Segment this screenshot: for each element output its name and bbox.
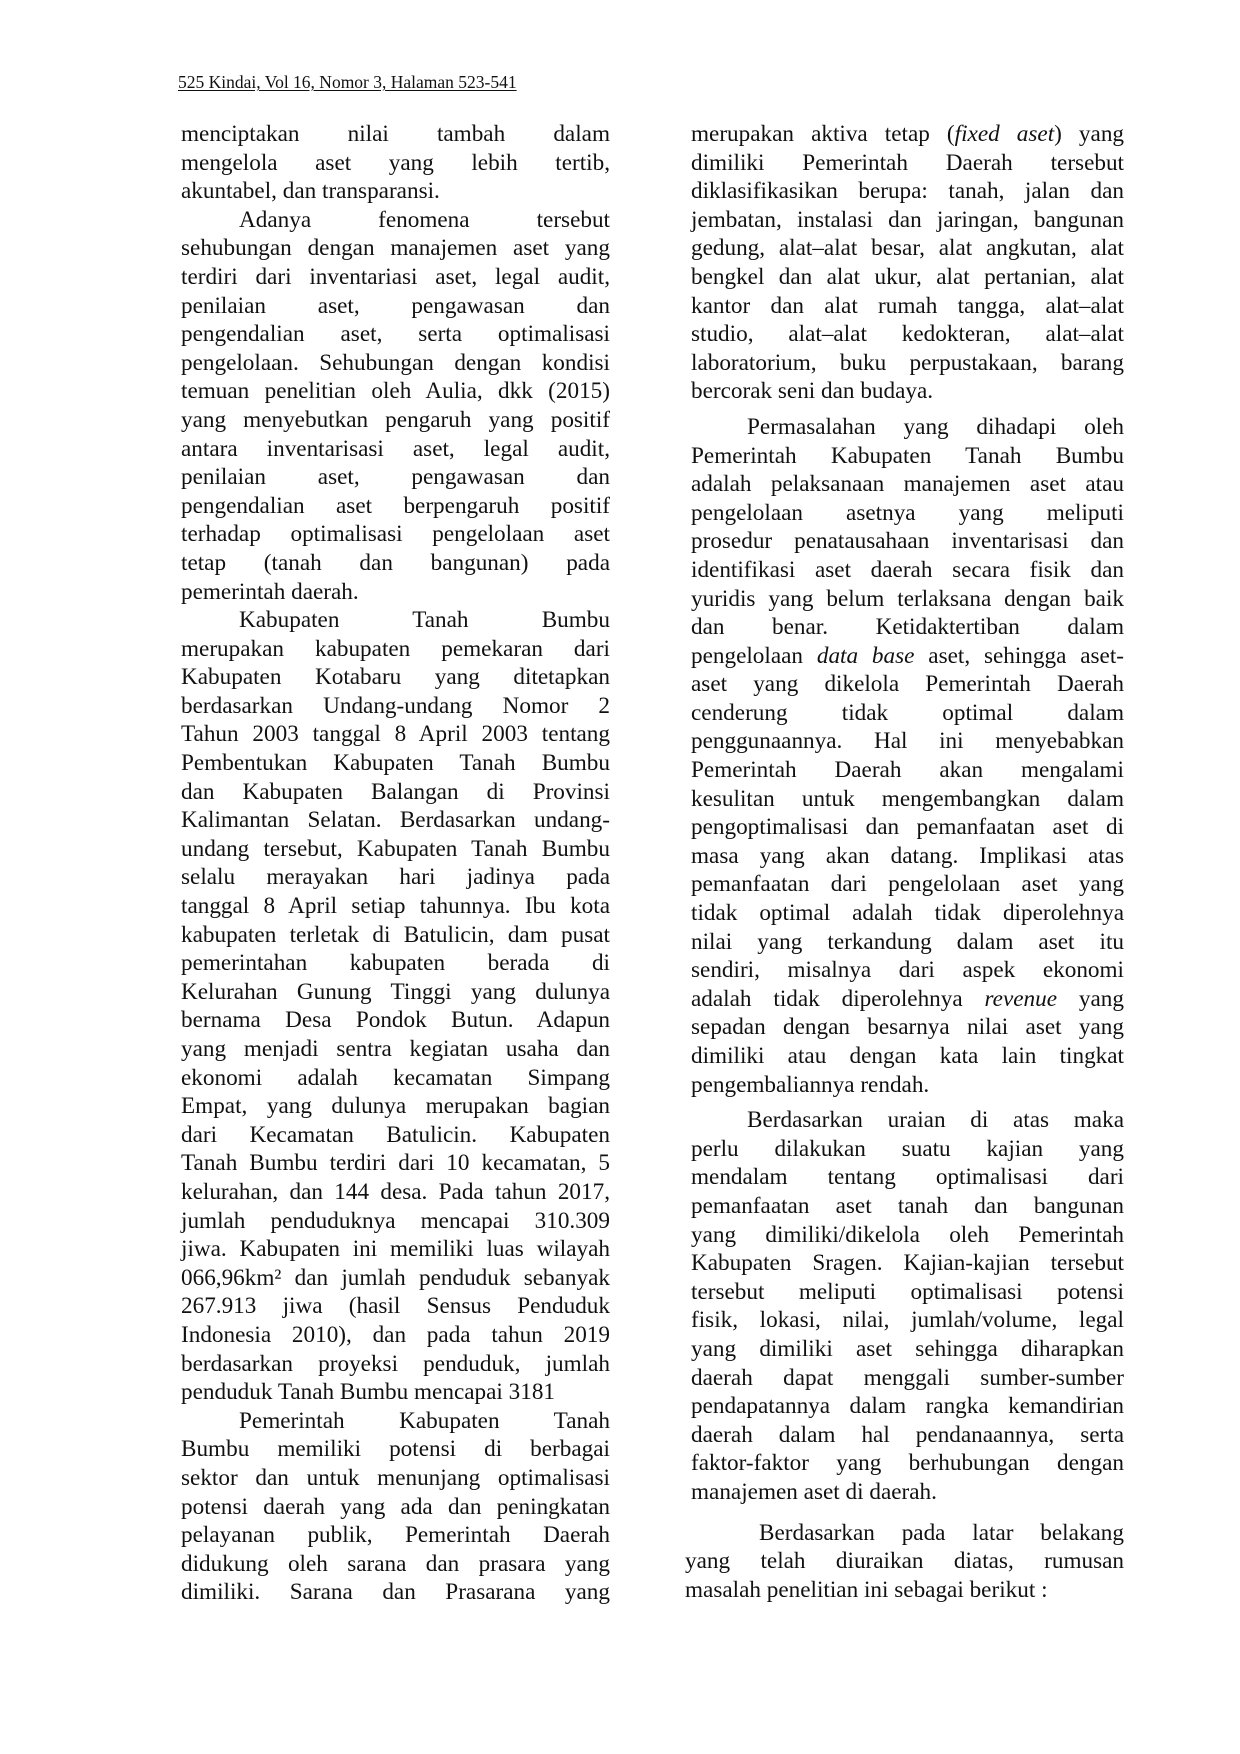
text-line: dimiliki Pemerintah Daerah tersebut [691,149,1124,178]
text-line: pengoptimalisasi dan pemanfaatan aset di [691,813,1124,842]
text-line: berdasarkan proyeksi penduduk, jumlah [181,1350,610,1379]
text-line: pemerintahan kabupaten berada di [181,949,610,978]
text-line: antara inventarisasi aset, legal audit, [181,435,610,464]
text-line: 066,96km² dan jumlah penduduk sebanyak [181,1264,610,1293]
paragraph-4: Berdasarkan pada latar belakang yang tel… [691,1519,1124,1605]
running-header: 525 Kindai, Vol 16, Nomor 3, Halaman 523… [178,72,517,93]
text-line: pengelolaan asetnya yang meliputi [691,499,1124,528]
text-line: masalah penelitian ini sebagai berikut : [685,1576,1124,1605]
italic-term: fixed aset [955,121,1054,147]
text-line: diklasifikasikan berupa: tanah, jalan da… [691,177,1124,206]
text-line: pemanfaatan dari pengelolaan aset yang [691,870,1124,899]
text-line: Bumbu memiliki potensi di berbagai [181,1435,610,1464]
text-line: tetap (tanah dan bangunan) pada [181,549,610,578]
text-line: dimiliki. Sarana dan Prasarana yang [181,1578,610,1607]
text-line: Kalimantan Selatan. Berdasarkan undang- [181,806,610,835]
text-line: yang dimiliki aset sehingga diharapkan [691,1335,1124,1364]
text-line: undang tersebut, Kabupaten Tanah Bumbu [181,835,610,864]
text-line: dan benar. Ketidaktertiban dalam [691,613,1124,642]
text-line: pemanfaatan aset tanah dan bangunan [691,1192,1124,1221]
text-line: dari Kecamatan Batulicin. Kabupaten [181,1121,610,1150]
italic-term: data base [817,643,915,669]
left-column: menciptakan nilai tambah dalam mengelola… [181,120,610,1607]
text-line: pengendalian aset, serta optimalisasi [181,320,610,349]
text-line: yang telah diuraikan diatas, rumusan [685,1547,1124,1576]
text-line: penduduk Tanah Bumbu mencapai 3181 [181,1378,610,1407]
paragraph-3: Berdasarkan uraian di atas maka perlu di… [691,1106,1124,1506]
text-line: nilai yang terkandung dalam aset itu [691,928,1124,957]
text-line: kesulitan untuk mengembangkan dalam [691,785,1124,814]
text-line: potensi daerah yang ada dan peningkatan [181,1493,610,1522]
text-line: terdiri dari inventariasi aset, legal au… [181,263,610,292]
text-line: mengelola aset yang lebih tertib, [181,149,610,178]
text-line: Permasalahan yang dihadapi oleh [691,413,1124,442]
text-line: Kelurahan Gunung Tinggi yang dulunya [181,978,610,1007]
text-line: terhadap optimalisasi pengelolaan aset [181,520,610,549]
text-line: Pemerintah Daerah akan mengalami [691,756,1124,785]
text-line: kantor dan alat rumah tangga, alat–alat [691,292,1124,321]
text-line: manajemen aset di daerah. [691,1478,1124,1507]
text-line: pengelolaan data base aset, sehingga ase… [691,642,1124,671]
text-line: tidak optimal adalah tidak diperolehnya [691,899,1124,928]
text-line: penilaian aset, pengawasan dan [181,463,610,492]
text-line: sepadan dengan besarnya nilai aset yang [691,1013,1124,1042]
text-line: Tanah Bumbu terdiri dari 10 kecamatan, 5 [181,1149,610,1178]
text-line: perlu dilakukan suatu kajian yang [691,1135,1124,1164]
text-line: bengkel dan alat ukur, alat pertanian, a… [691,263,1124,292]
text-line: sendiri, misalnya dari aspek ekonomi [691,956,1124,985]
text-line: Kabupaten Kotabaru yang ditetapkan [181,663,610,692]
text-line: pemerintah daerah. [181,578,610,607]
paragraph-4: Pemerintah Kabupaten Tanah Bumbu memilik… [181,1407,610,1607]
text-line: Kabupaten Sragen. Kajian-kajian tersebut [691,1249,1124,1278]
right-column: merupakan aktiva tetap (fixed aset) yang… [691,120,1124,1604]
text-line: adalah pelaksanaan manajemen aset atau [691,470,1124,499]
text-line: aset yang dikelola Pemerintah Daerah [691,670,1124,699]
text-line: didukung oleh sarana dan prasara yang [181,1550,610,1579]
text-line: yang menjadi sentra kegiatan usaha dan [181,1035,610,1064]
text-line: pendapatannya dalam rangka kemandirian [691,1392,1124,1421]
text-line: penggunaannya. Hal ini menyebabkan [691,727,1124,756]
text-line: Berdasarkan uraian di atas maka [691,1106,1124,1135]
text-line: dimiliki atau dengan kata lain tingkat [691,1042,1124,1071]
text-line: merupakan kabupaten pemekaran dari [181,635,610,664]
text-line: tersebut meliputi optimalisasi potensi [691,1278,1124,1307]
text-line: merupakan aktiva tetap (fixed aset) yang [691,120,1124,149]
paragraph-1: menciptakan nilai tambah dalam mengelola… [181,120,610,206]
text-line: pelayanan publik, Pemerintah Daerah [181,1521,610,1550]
paragraph-1: merupakan aktiva tetap (fixed aset) yang… [691,120,1124,406]
text-line: penilaian aset, pengawasan dan [181,292,610,321]
text-line: 267.913 jiwa (hasil Sensus Penduduk [181,1292,610,1321]
paragraph-2: Adanya fenomena tersebut sehubungan deng… [181,206,610,606]
paragraph-2: Permasalahan yang dihadapi oleh Pemerint… [691,413,1124,1099]
text-line: yuridis yang belum terlaksana dengan bai… [691,585,1124,614]
text-line: bernama Desa Pondok Butun. Adapun [181,1006,610,1035]
text-line: ekonomi adalah kecamatan Simpang [181,1064,610,1093]
text-line: identifikasi aset daerah secara fisik da… [691,556,1124,585]
text-line: prosedur penatausahaan inventarisasi dan [691,527,1124,556]
text-line: faktor-faktor yang berhubungan dengan [691,1449,1124,1478]
text-line: kabupaten terletak di Batulicin, dam pus… [181,921,610,950]
text-line: gedung, alat–alat besar, alat angkutan, … [691,234,1124,263]
text-line: pengembaliannya rendah. [691,1071,1124,1100]
paragraph-spacer [691,1099,1124,1106]
text-line: dan Kabupaten Balangan di Provinsi [181,778,610,807]
text-line: Indonesia 2010), dan pada tahun 2019 [181,1321,610,1350]
text-line: jumlah penduduknya mencapai 310.309 [181,1207,610,1236]
text-line: studio, alat–alat kedokteran, alat–alat [691,320,1124,349]
text-line: temuan penelitian oleh Aulia, dkk (2015) [181,377,610,406]
text-line: Tahun 2003 tanggal 8 April 2003 tentang [181,720,610,749]
text-line: kelurahan, dan 144 desa. Pada tahun 2017… [181,1178,610,1207]
text-line: Empat, yang dulunya merupakan bagian [181,1092,610,1121]
text-line: Adanya fenomena tersebut [181,206,610,235]
paragraph-spacer [691,1507,1124,1519]
text-line: bercorak seni dan budaya. [691,377,1124,406]
text-line: jembatan, instalasi dan jaringan, bangun… [691,206,1124,235]
text-line: selalu merayakan hari jadinya pada [181,863,610,892]
text-line: masa yang akan datang. Implikasi atas [691,842,1124,871]
text-line: Pembentukan Kabupaten Tanah Bumbu [181,749,610,778]
text-line: akuntabel, dan transparansi. [181,177,610,206]
text-line: daerah dalam hal pendanaannya, serta [691,1421,1124,1450]
text-line: sektor dan untuk menunjang optimalisasi [181,1464,610,1493]
text-line: fisik, lokasi, nilai, jumlah/volume, leg… [691,1306,1124,1335]
text-line: pengendalian aset berpengaruh positif [181,492,610,521]
text-line: yang dimiliki/dikelola oleh Pemerintah [691,1221,1124,1250]
text-line: Kabupaten Tanah Bumbu [181,606,610,635]
paragraph-spacer [691,406,1124,413]
text-line: Pemerintah Kabupaten Tanah Bumbu [691,442,1124,471]
text-line: daerah dapat menggali sumber-sumber [691,1364,1124,1393]
paragraph-3: Kabupaten Tanah Bumbu merupakan kabupate… [181,606,610,1407]
text-line: tanggal 8 April setiap tahunnya. Ibu kot… [181,892,610,921]
text-line: Berdasarkan pada latar belakang [691,1519,1124,1548]
text-line: menciptakan nilai tambah dalam [181,120,610,149]
text-line: jiwa. Kabupaten ini memiliki luas wilaya… [181,1235,610,1264]
text-line: adalah tidak diperolehnya revenue yang [691,985,1124,1014]
text-line: mendalam tentang optimalisasi dari [691,1163,1124,1192]
italic-term: revenue [985,986,1058,1012]
text-line: sehubungan dengan manajemen aset yang [181,234,610,263]
text-line: yang menyebutkan pengaruh yang positif [181,406,610,435]
text-line: Pemerintah Kabupaten Tanah [181,1407,610,1436]
text-line: pengelolaan. Sehubungan dengan kondisi [181,349,610,378]
text-line: berdasarkan Undang-undang Nomor 2 [181,692,610,721]
text-line: cenderung tidak optimal dalam [691,699,1124,728]
text-line: laboratorium, buku perpustakaan, barang [691,349,1124,378]
